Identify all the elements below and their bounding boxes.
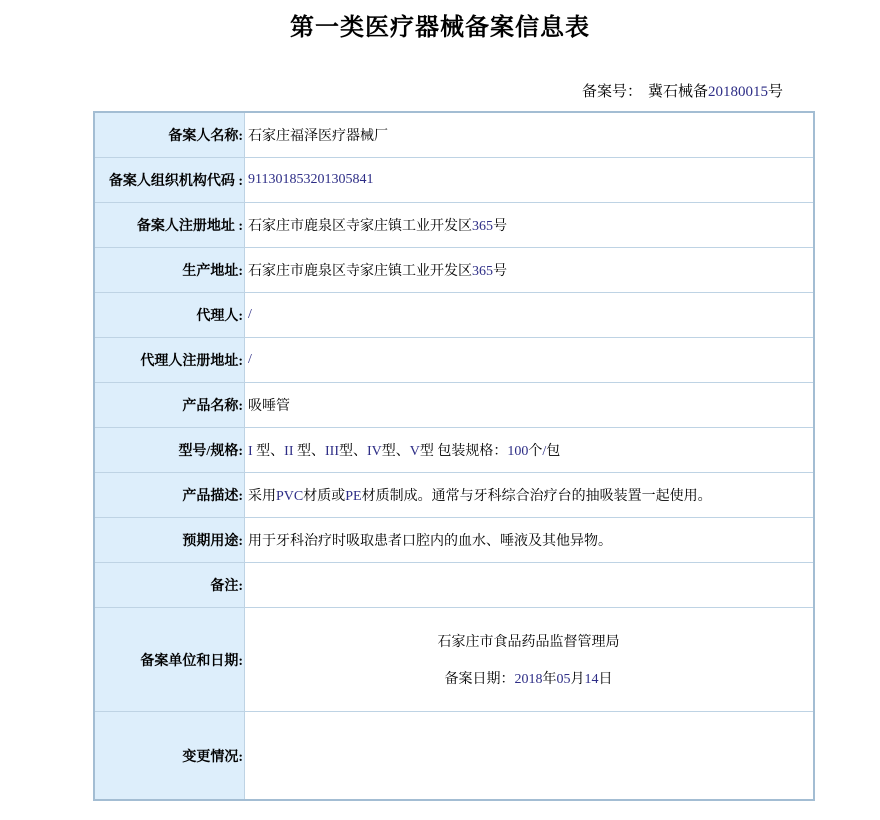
table-row-org-code: 备案人组织机构代码 : 911301853201305841 — [94, 158, 814, 203]
row-value: 石家庄福泽医疗器械厂 — [245, 112, 815, 158]
row-value — [245, 563, 815, 608]
row-value: 吸唾管 — [245, 383, 815, 428]
table-row-filer-address: 备案人注册地址 : 石家庄市鹿泉区寺家庄镇工业开发区365号 — [94, 203, 814, 248]
table-row-product-name: 产品名称: 吸唾管 — [94, 383, 814, 428]
table-row-intended-use: 预期用途: 用于牙科治疗时吸取患者口腔内的血水、唾液及其他异物。 — [94, 518, 814, 563]
page-title: 第一类医疗器械备案信息表 — [0, 0, 880, 42]
row-label: 代理人: — [94, 293, 245, 338]
table-row-product-description: 产品描述: 采用PVC材质或PE材质制成。通常与牙科综合治疗台的抽吸装置一起使用… — [94, 473, 814, 518]
row-value: 用于牙科治疗时吸取患者口腔内的血水、唾液及其他异物。 — [245, 518, 815, 563]
filing-date: 备案日期：2018年05月14日 — [248, 668, 809, 688]
row-label: 产品描述: — [94, 473, 245, 518]
row-label: 生产地址: — [94, 248, 245, 293]
row-label: 备注: — [94, 563, 245, 608]
row-label: 备案人组织机构代码 : — [94, 158, 245, 203]
row-label: 备案单位和日期: — [94, 608, 245, 712]
row-label: 型号/规格: — [94, 428, 245, 473]
registration-number-label: 备案号： — [582, 84, 642, 100]
row-value: / — [245, 338, 815, 383]
row-label: 产品名称: — [94, 383, 245, 428]
table-row-model-spec: 型号/规格: I 型、II 型、III型、IV型、V型 包装规格：100个/包 — [94, 428, 814, 473]
table-row-production-address: 生产地址: 石家庄市鹿泉区寺家庄镇工业开发区365号 — [94, 248, 814, 293]
row-label: 备案人名称: — [94, 112, 245, 158]
row-value: 采用PVC材质或PE材质制成。通常与牙科综合治疗台的抽吸装置一起使用。 — [245, 473, 815, 518]
registration-number-line: 备案号：冀石械备20180015号 — [0, 80, 880, 101]
row-value: 石家庄市鹿泉区寺家庄镇工业开发区365号 — [245, 248, 815, 293]
registration-number-value: 冀石械备20180015号 — [648, 84, 783, 100]
filing-unit-name: 石家庄市食品药品监督管理局 — [248, 631, 809, 651]
table-row-change-status: 变更情况: — [94, 712, 814, 801]
row-label: 代理人注册地址: — [94, 338, 245, 383]
document-page: 第一类医疗器械备案信息表 备案号：冀石械备20180015号 备案人名称: 石家… — [0, 0, 880, 820]
row-label: 变更情况: — [94, 712, 245, 801]
row-label: 预期用途: — [94, 518, 245, 563]
registration-form-table: 备案人名称: 石家庄福泽医疗器械厂 备案人组织机构代码 : 9113018532… — [93, 111, 815, 801]
row-label: 备案人注册地址 : — [94, 203, 245, 248]
row-value: 石家庄市鹿泉区寺家庄镇工业开发区365号 — [245, 203, 815, 248]
row-value: 石家庄市食品药品监督管理局 备案日期：2018年05月14日 — [245, 608, 815, 712]
row-value: I 型、II 型、III型、IV型、V型 包装规格：100个/包 — [245, 428, 815, 473]
table-row-remarks: 备注: — [94, 563, 814, 608]
row-value: / — [245, 293, 815, 338]
table-row-filer-name: 备案人名称: 石家庄福泽医疗器械厂 — [94, 112, 814, 158]
row-value — [245, 712, 815, 801]
table-row-filing-unit-date: 备案单位和日期: 石家庄市食品药品监督管理局 备案日期：2018年05月14日 — [94, 608, 814, 712]
table-row-agent: 代理人: / — [94, 293, 814, 338]
row-value: 911301853201305841 — [245, 158, 815, 203]
table-row-agent-address: 代理人注册地址: / — [94, 338, 814, 383]
